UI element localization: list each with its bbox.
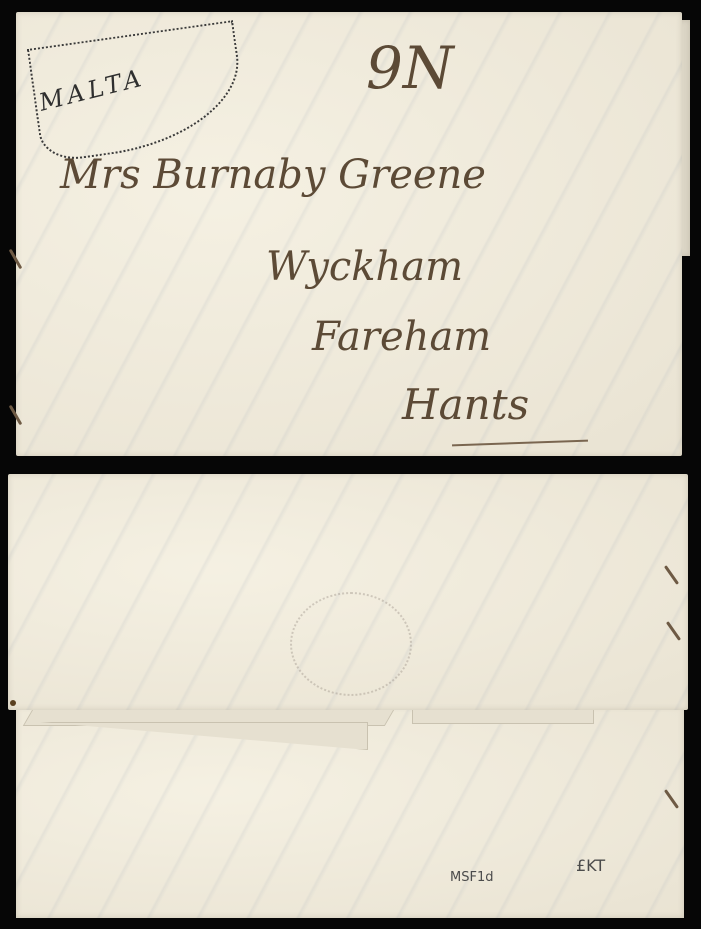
letter-back-upper: [8, 474, 688, 710]
address-line-3: Fareham: [312, 314, 491, 360]
edge-tick-mark: [664, 789, 679, 809]
address-line-1: Mrs Burnaby Greene: [60, 152, 486, 198]
pencil-note-msf: MSF1d: [450, 870, 493, 885]
edge-tick-mark: [9, 249, 23, 270]
pencil-note-ekt: £KT: [576, 856, 605, 875]
rate-marking: 9N: [366, 34, 454, 102]
address-line-4: Hants: [402, 380, 529, 429]
address-underline: [452, 440, 588, 447]
edge-tick-mark: [664, 565, 679, 585]
edge-tick-mark: [9, 405, 23, 426]
wax-seal-impression: [290, 592, 412, 696]
address-line-2: Wyckham: [266, 244, 463, 290]
inner-flap-right: [412, 708, 594, 724]
edge-tick-mark: [666, 621, 681, 641]
paper-hole: [10, 700, 16, 706]
letter-front: MALTA 9N Mrs Burnaby Greene Wyckham Fare…: [16, 12, 682, 456]
